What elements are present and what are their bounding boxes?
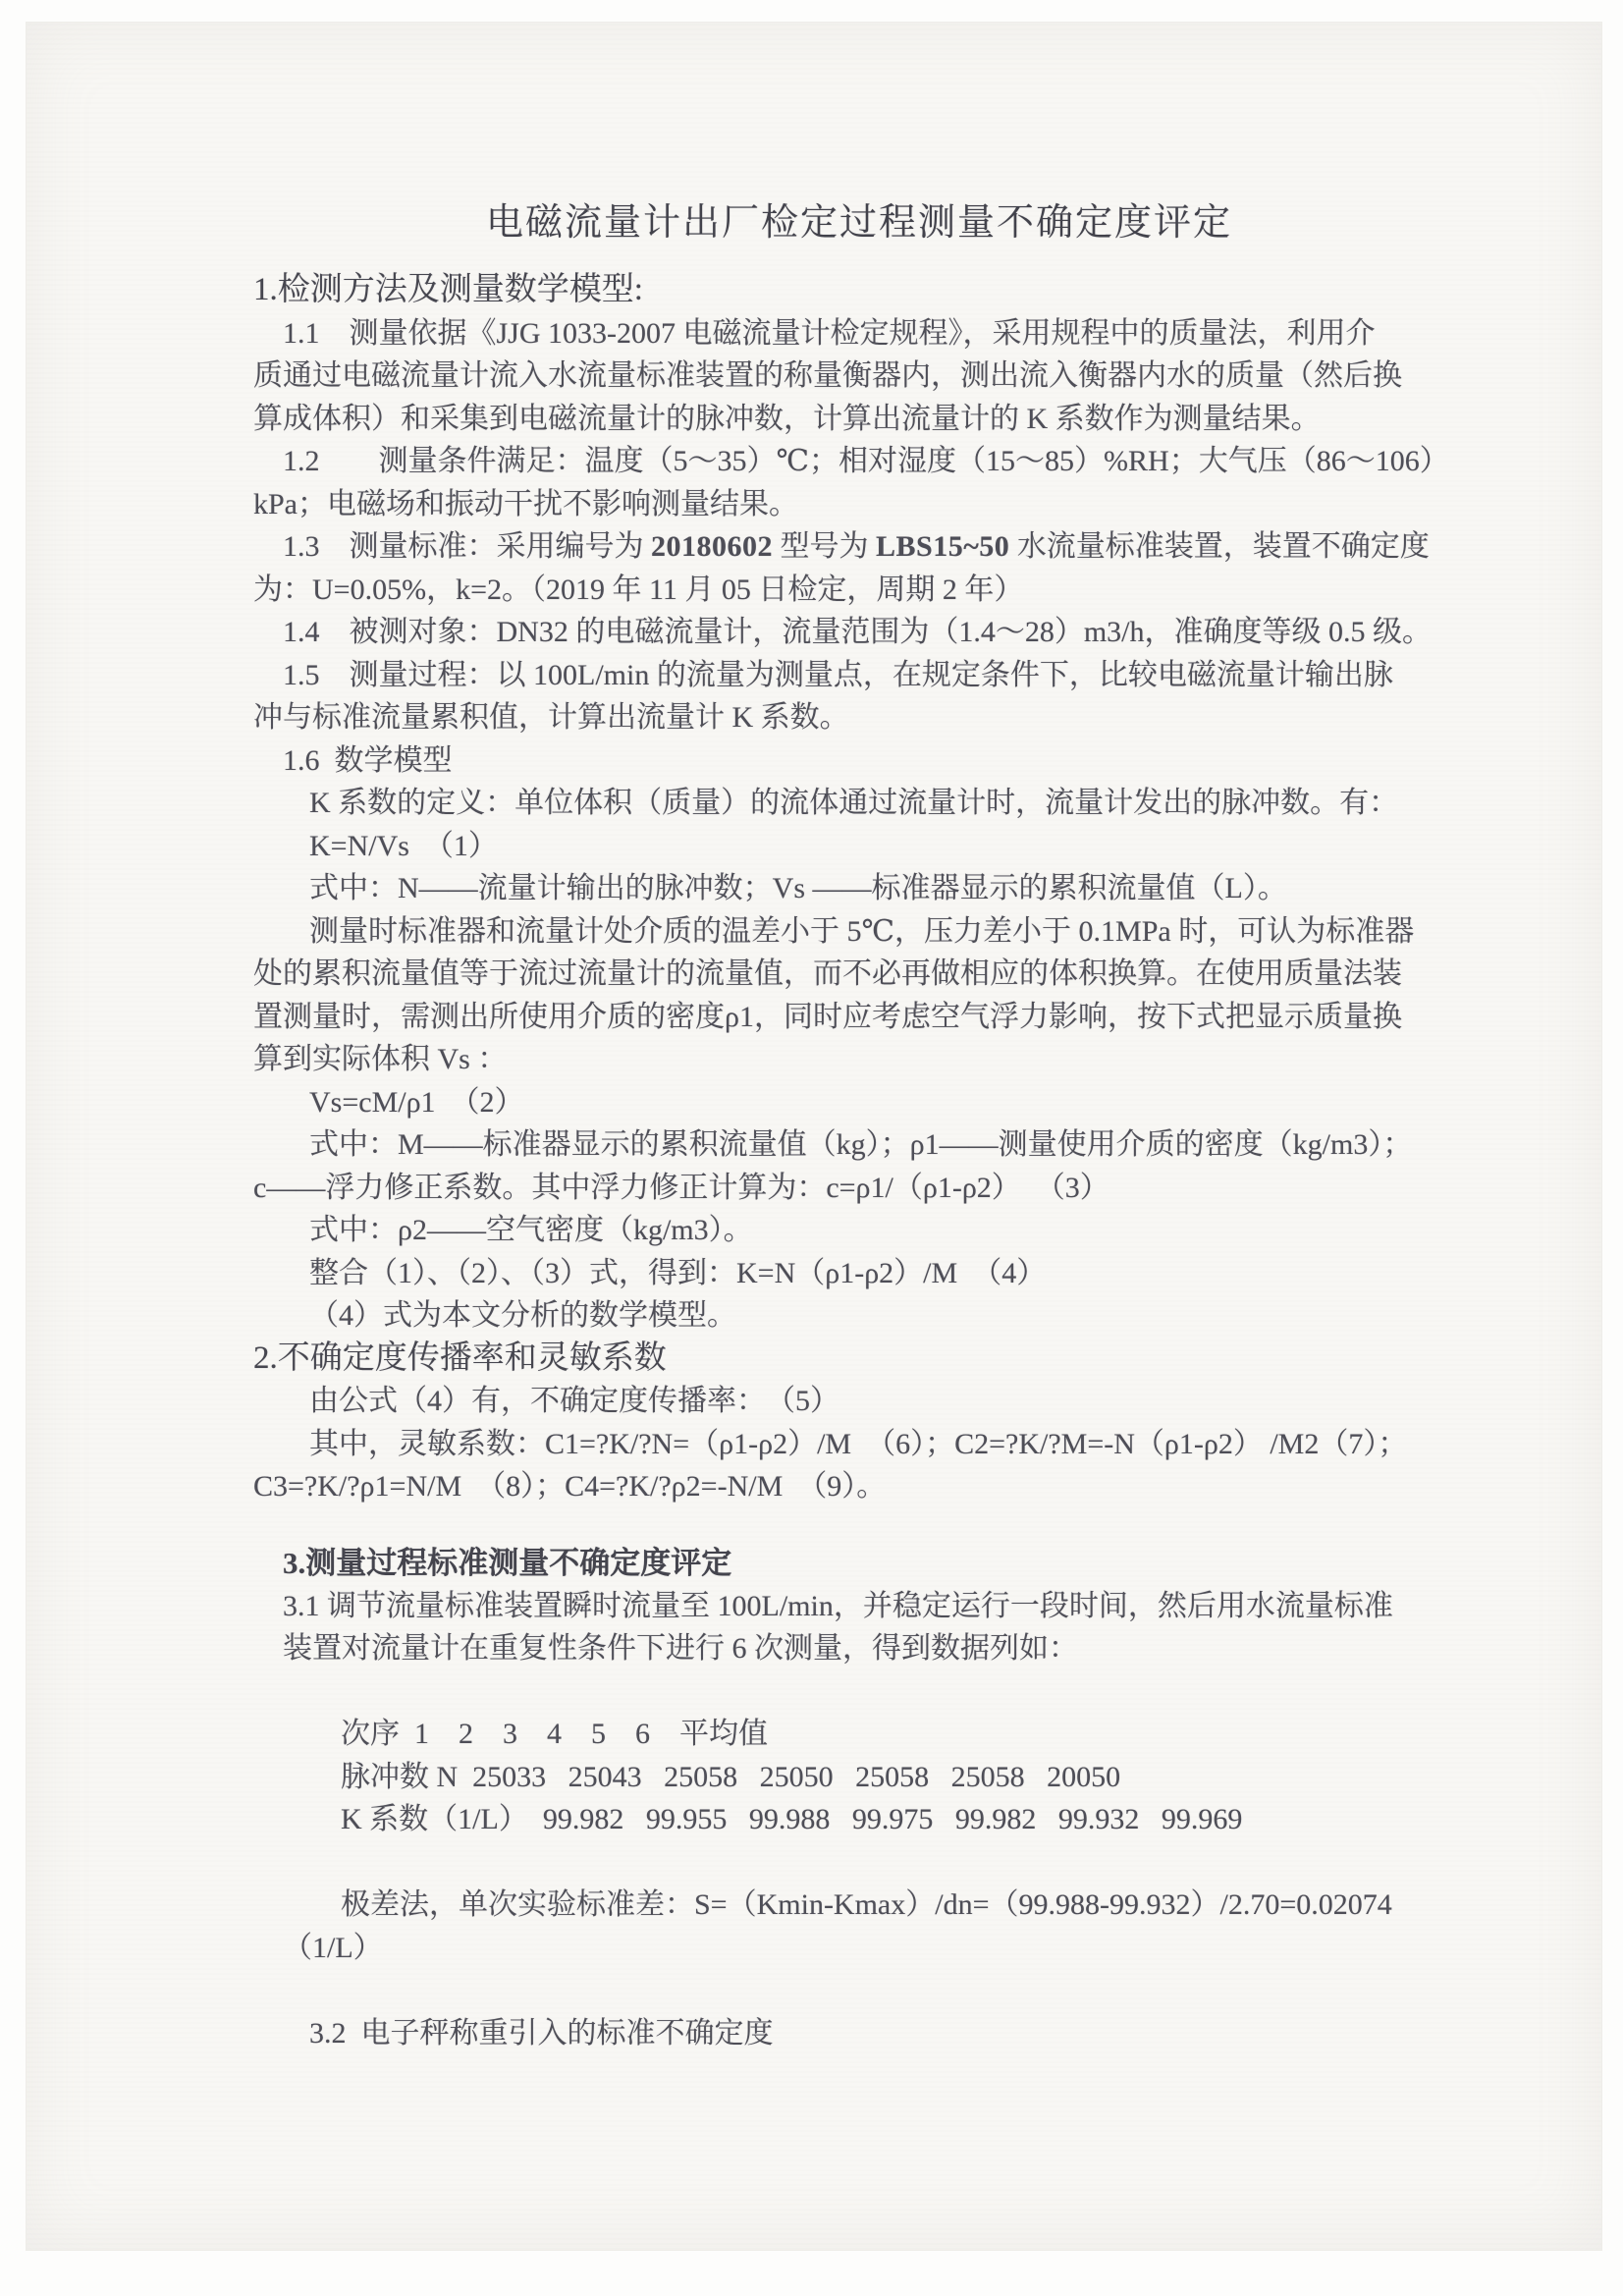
formula-2-note-line1: 式中：M——标准器显示的累积流量值（kg）；ρ1——测量使用介质的密度（kg/m… xyxy=(309,1123,1623,1167)
s3-subsection-3-2-heading: 3.2 电子秤称重引入的标准不确定度 xyxy=(309,2012,1623,2055)
s1-p1-line3: 算成体积）和采集到电磁流量计的脉冲数，计算出流量计的 K 系数作为测量结果。 xyxy=(253,398,1623,441)
device-serial-number: 20180602 xyxy=(651,530,773,563)
s1-p3-line1: 1.3 测量标准：采用编号为 20180602 型号为 LBS15~50 水流量… xyxy=(283,525,1623,569)
formula-2-line: Vs=cM/ρ1 （2） xyxy=(309,1081,1623,1124)
device-model-number: LBS15~50 xyxy=(876,530,1009,563)
s3-p1-line2: 装置对流量计在重复性条件下进行 6 次测量，得到数据列如： xyxy=(283,1627,1623,1670)
table-pulse-count-row: 脉冲数 N 25033 25043 25058 25050 25058 2505… xyxy=(341,1756,1623,1799)
s2-p1-line1: 由公式（4）有，不确定度传播率： （5） xyxy=(309,1380,1623,1423)
formula-3-note-line: 式中：ρ2——空气密度（kg/m3）。 xyxy=(309,1209,1623,1252)
formula-1-line: K=N/Vs （1） xyxy=(309,825,1623,868)
formula-4-line: 整合（1）、（2）、（3）式，得到：K=N（ρ1-ρ2）/M （4） xyxy=(309,1252,1623,1295)
table-k-factor-row: K 系数（1/L） 99.982 99.955 99.988 99.975 99… xyxy=(341,1798,1623,1841)
s1-p6-line3: 置测量时，需测出所使用介质的密度ρ1，同时应考虑空气浮力影响，按下式把显示质量换 xyxy=(253,996,1623,1039)
s2-p2-line2: C3=?K/?ρ1=N/M （8）；C4=?K/?ρ2=-N/M （9）。 xyxy=(253,1465,1623,1508)
document-content: 电磁流量计出厂检定过程测量不确定度评定 1.检测方法及测量数学模型: 1.1 测… xyxy=(0,0,1623,2054)
s1-p6-line4: 算到实际体积 Vs ： xyxy=(253,1038,1623,1081)
s1-p1-line1: 1.1 测量依据《JJG 1033-2007 电磁流量计检定规程》，采用规程中的… xyxy=(283,312,1623,355)
s1-p2-line1: 1.2 测量条件满足：温度（5～35）℃；相对湿度（15～85）%RH；大气压（… xyxy=(283,440,1623,483)
text-segment: 水流量标准装置，装置不确定度 xyxy=(1009,530,1430,563)
blank-line xyxy=(0,1670,1623,1714)
section-2-heading: 2.不确定度传播率和灵敏系数 xyxy=(253,1338,1623,1381)
s1-p6-line2: 处的累积流量值等于流过流量计的流量值，而不必再做相应的体积换算。在使用质量法装 xyxy=(253,953,1623,996)
s1-p1-line2: 质通过电磁流量计流入水流量标准装置的称量衡器内，测出流入衡器内水的质量（然后换 xyxy=(253,355,1623,398)
range-method-line1: 极差法，单次实验标准差：S=（Kmin-Kmax）/dn=（99.988-99.… xyxy=(341,1884,1623,1927)
section-1-heading: 1.检测方法及测量数学模型: xyxy=(253,269,1623,312)
formula-4-note-line: （4）式为本文分析的数学模型。 xyxy=(309,1294,1623,1338)
s1-p5-line2: 冲与标准流量累积值，计算出流量计 K 系数。 xyxy=(253,696,1623,739)
s1-p6-line1: 测量时标准器和流量计处介质的温差小于 5℃，压力差小于 0.1MPa 时，可认为… xyxy=(309,910,1623,954)
section-3-heading: 3.测量过程标准测量不确定度评定 xyxy=(283,1542,1623,1585)
blank-line xyxy=(0,1841,1623,1885)
formula-1-note-line: 式中：N——流量计输出的脉冲数；Vs ——标准器显示的累积流量值（L）。 xyxy=(309,867,1623,910)
s1-p5-line1: 1.5 测量过程：以 100L/min 的流量为测量点，在规定条件下，比较电磁流… xyxy=(283,654,1623,697)
document-title: 电磁流量计出厂检定过程测量不确定度评定 xyxy=(290,0,1429,248)
text-segment: 型号为 xyxy=(773,530,876,563)
scan-background: 电磁流量计出厂检定过程测量不确定度评定 1.检测方法及测量数学模型: 1.1 测… xyxy=(0,0,1623,2296)
table-header-row: 次序 1 2 3 4 5 6 平均值 xyxy=(341,1713,1623,1756)
s1-p4-line1: 1.4 被测对象：DN32 的电磁流量计，流量范围为（1.4～28）m3/h，准… xyxy=(283,611,1623,654)
s1-p3-line2: 为：U=0.05%，k=2。（2019 年 11 月 05 日检定，周期 2 年… xyxy=(253,569,1623,612)
s3-p1-line1: 3.1 调节流量标准装置瞬时流量至 100L/min，并稳定运行一段时间，然后用… xyxy=(283,1585,1623,1628)
s2-p2-line1: 其中，灵敏系数：C1=?K/?N=（ρ1-ρ2）/M （6）；C2=?K/?M=… xyxy=(309,1423,1623,1466)
formula-2-note-line2: c——浮力修正系数。其中浮力修正计算为：c=ρ1/（ρ1-ρ2） （3） xyxy=(253,1167,1623,1210)
range-method-line2: （1/L） xyxy=(283,1927,1623,1970)
text-segment: 1.3 测量标准：采用编号为 xyxy=(283,530,651,563)
s1-subsection-1-6-heading: 1.6 数学模型 xyxy=(283,739,1623,783)
s1-p2-line2: kPa；电磁场和振动干扰不影响测量结果。 xyxy=(253,483,1623,526)
k-factor-definition-line: K 系数的定义：单位体积（质量）的流体通过流量计时，流量计发出的脉冲数。有： xyxy=(309,782,1623,825)
blank-line xyxy=(0,1969,1623,2012)
